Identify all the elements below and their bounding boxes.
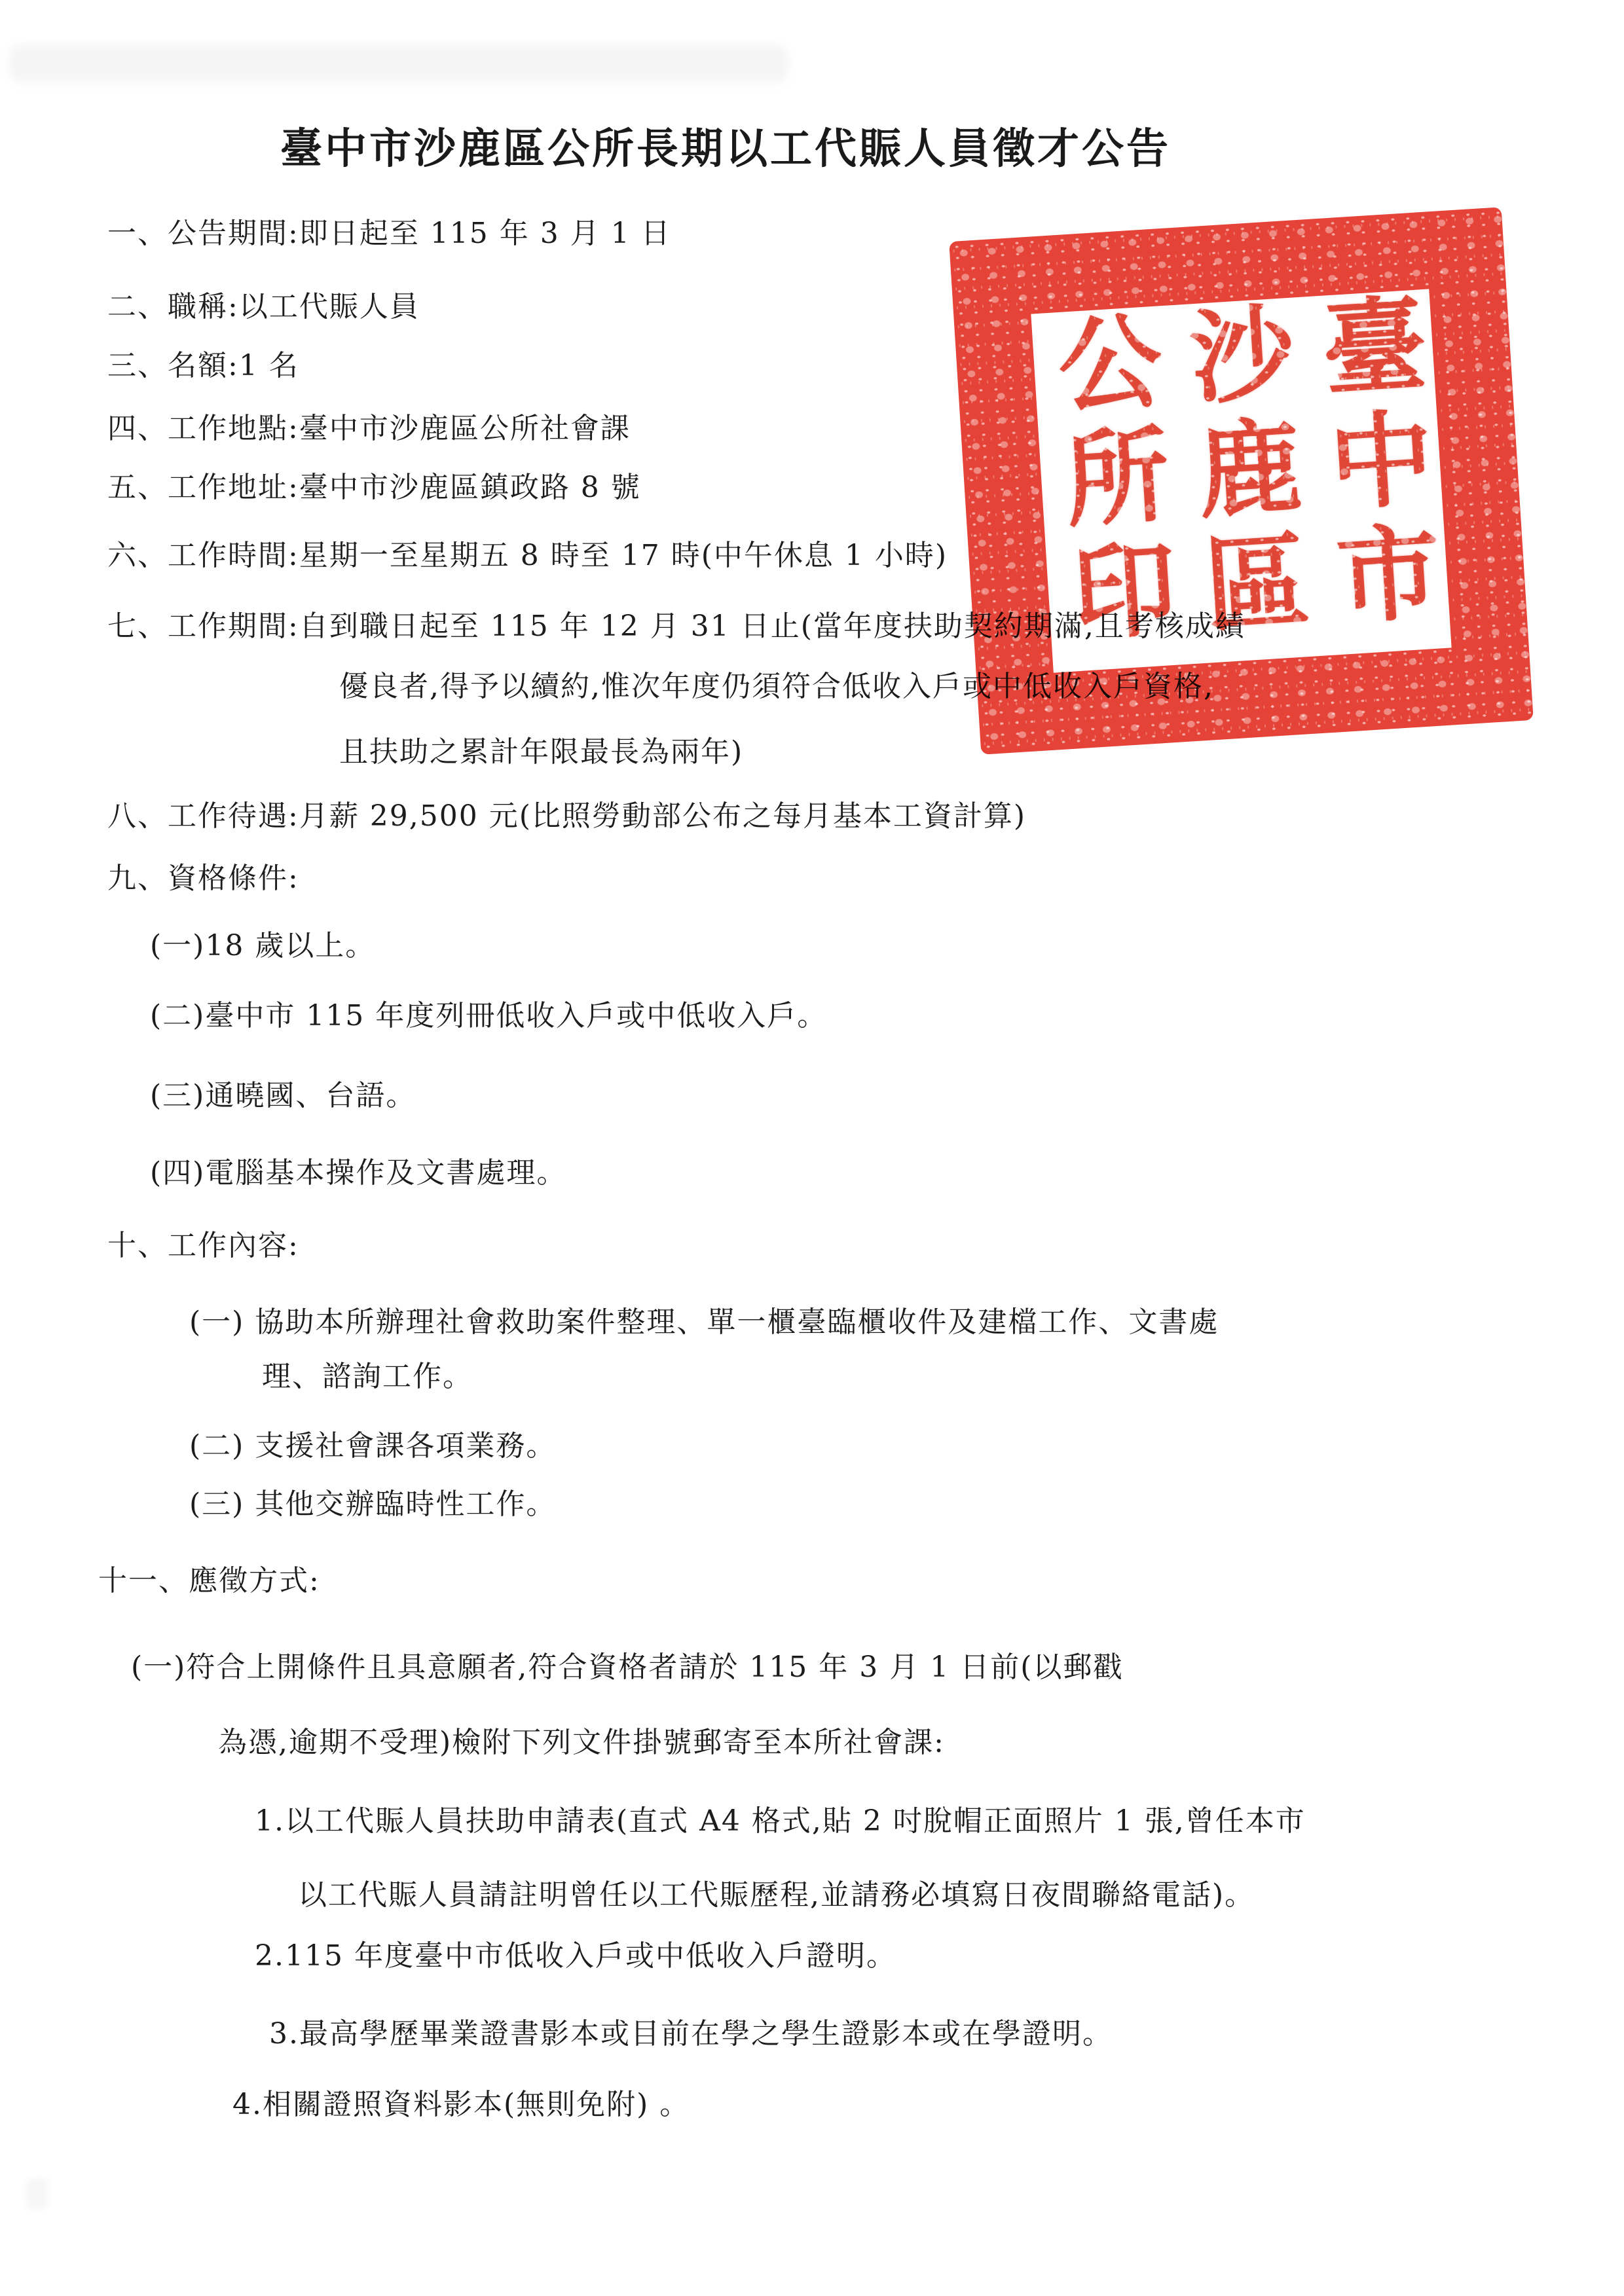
doc-line: 為憑,逾期不受理)檢附下列文件掛號郵寄至本所社會課:: [218, 1719, 945, 1760]
doc-line: 一、公告期間:即日起至 115 年 3 月 1 日: [107, 210, 671, 251]
doc-line: 五、工作地址:臺中市沙鹿區鎮政路 8 號: [107, 464, 641, 505]
doc-line: 3.最高學歷畢業證書影本或目前在學之學生證影本或在學證明。: [269, 2010, 1113, 2052]
scan-artifact-speck: [26, 2179, 48, 2209]
document-title: 臺中市沙鹿區公所長期以工代賑人員徵才公告: [280, 115, 1171, 175]
doc-line: 且扶助之累計年限最長為兩年): [339, 728, 743, 770]
official-seal-stamp: 臺中市沙鹿區公所印: [949, 207, 1534, 755]
doc-line: 三、名額:1 名: [107, 342, 299, 384]
doc-line: (四)電腦基本操作及文書處理。: [150, 1149, 566, 1191]
scan-artifact-smudge: [9, 45, 788, 82]
doc-line: 2.115 年度臺中市低收入戶或中低收入戶證明。: [255, 1932, 896, 1974]
doc-line: 4.相關證照資料影本(無則免附) 。: [232, 2081, 690, 2123]
doc-line: (二)臺中市 115 年度列冊低收入戶或中低收入戶。: [150, 992, 827, 1034]
doc-line: 1.以工代賑人員扶助申請表(直式 A4 格式,貼 2 吋脫帽正面照片 1 張,曾…: [255, 1797, 1306, 1839]
doc-line: 四、工作地點:臺中市沙鹿區公所社會課: [107, 405, 631, 446]
doc-line: (一) 協助本所辦理社會救助案件整理、單一櫃臺臨櫃收件及建檔工作、文書處: [189, 1298, 1219, 1340]
doc-line: (三) 其他交辦臨時性工作。: [189, 1480, 556, 1522]
seal-script-text: 臺中市沙鹿區公所印: [1031, 289, 1451, 672]
doc-line: 十、工作內容:: [107, 1222, 299, 1264]
doc-line: 八、工作待遇:月薪 29,500 元(比照勞動部公布之每月基本工資計算): [107, 792, 1026, 834]
doc-line: 六、工作時間:星期一至星期五 8 時至 17 時(中午休息 1 小時): [107, 532, 948, 574]
doc-line: 十一、應徵方式:: [98, 1557, 320, 1599]
doc-line: 理、諮詢工作。: [262, 1353, 473, 1394]
doc-line: (三)通曉國、台語。: [150, 1072, 416, 1114]
doc-line: 九、資格條件:: [107, 854, 299, 896]
doc-line: (一)符合上開條件且具意願者,符合資格者請於 115 年 3 月 1 日前(以郵…: [131, 1643, 1123, 1685]
doc-line: 以工代賑人員請註明曾任以工代賑歷程,並請務必填寫日夜間聯絡電話)。: [298, 1871, 1255, 1913]
doc-line: (一)18 歲以上。: [150, 922, 375, 964]
scanned-document-page: 臺中市沙鹿區公所長期以工代賑人員徵才公告 一、公告期間:即日起至 115 年 3…: [0, 0, 1624, 2296]
doc-line: 二、職稱:以工代賑人員: [107, 283, 420, 325]
doc-line: (二) 支援社會課各項業務。: [189, 1422, 556, 1464]
